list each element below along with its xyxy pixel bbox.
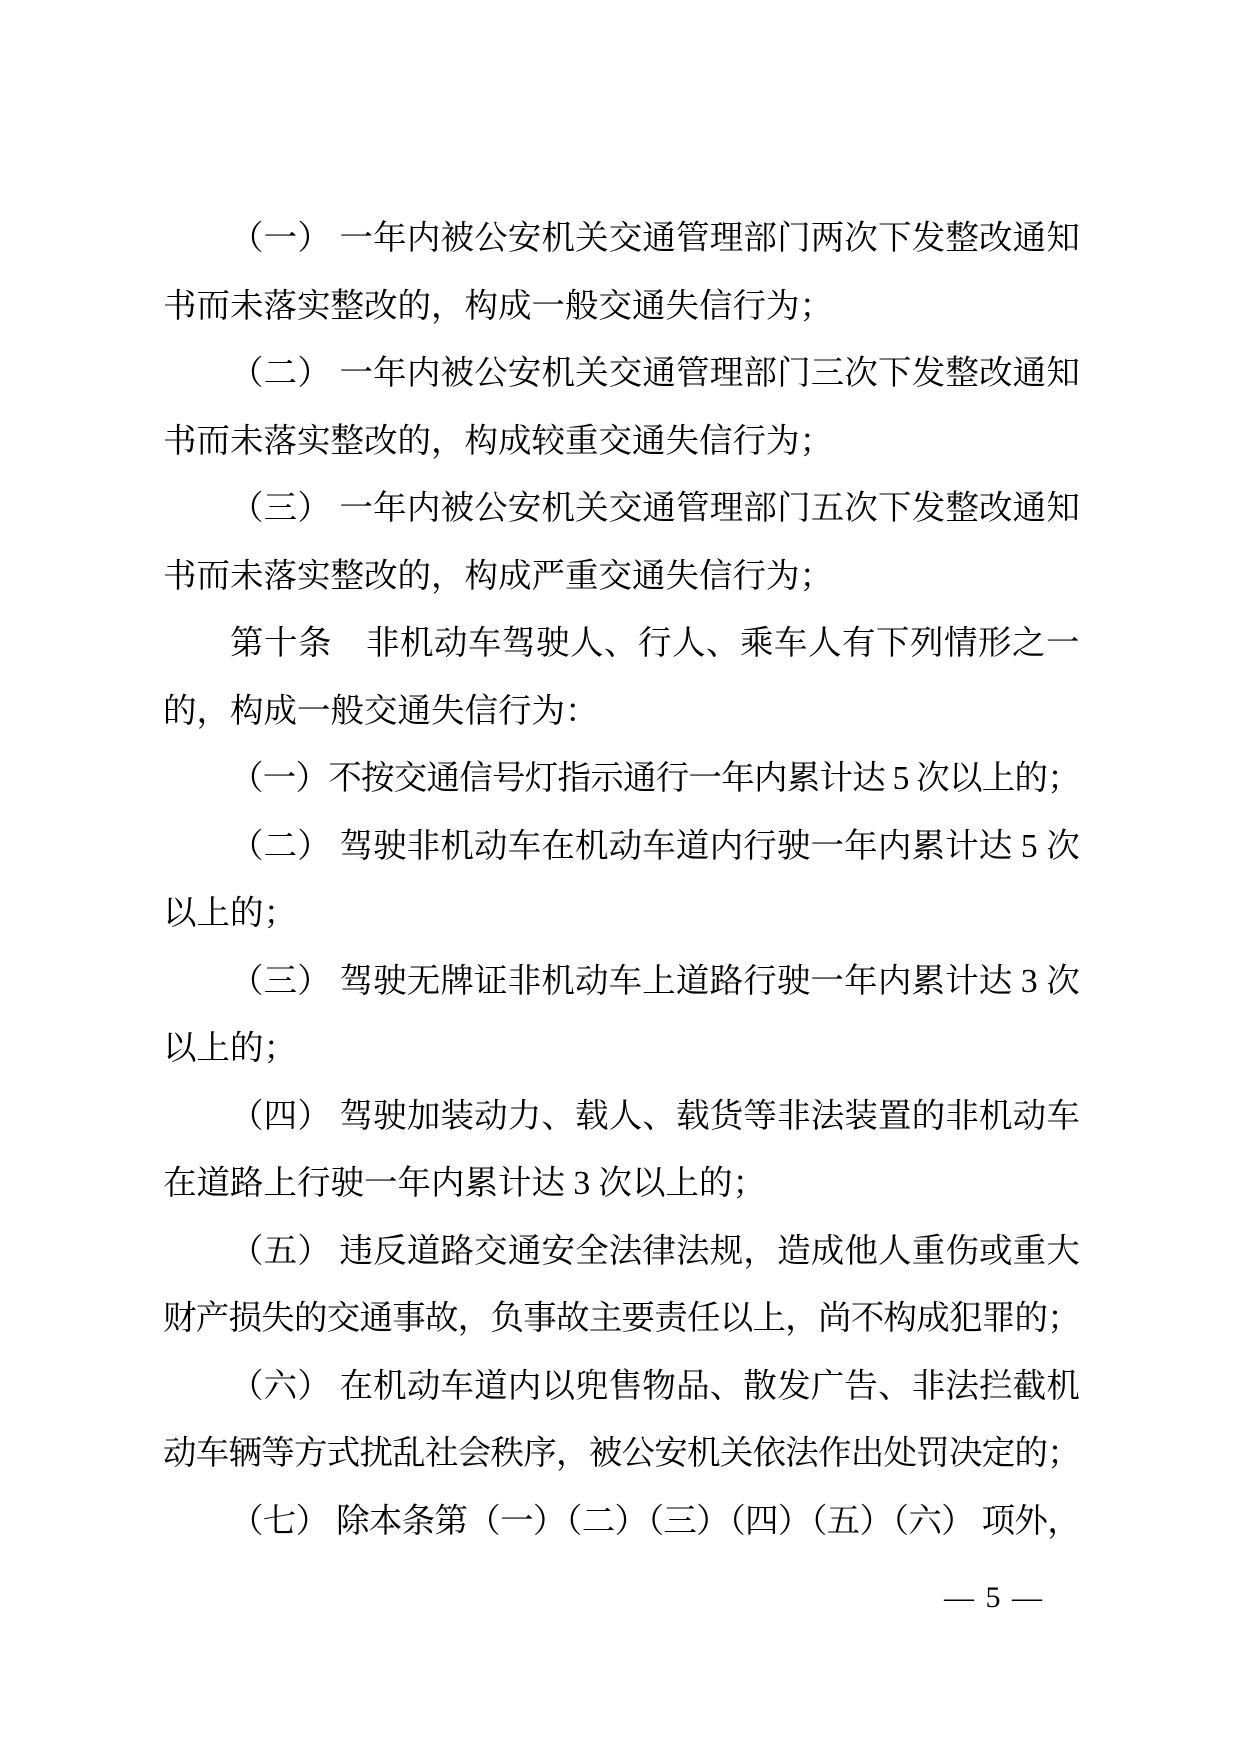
paragraph-line: 书而未落实整改的，构成一般交通失信行为；: [163, 273, 1080, 341]
text-line: 书而未落实整改的，构成一般交通失信行为；: [163, 273, 833, 341]
text-line: 第十条 非机动车驾驶人、行人、乘车人有下列情形之一: [230, 610, 1080, 678]
paragraph-line: 书而未落实整改的，构成较重交通失信行为；: [163, 408, 1080, 476]
text-line: （七） 除本条第（一）（二）（三）（四）（五）（六） 项外，: [230, 1488, 1080, 1556]
document-page: （一） 一年内被公安机关交通管理部门两次下发整改通知书而未落实整改的，构成一般交…: [0, 0, 1240, 1755]
text-line: （四） 驾驶加装动力、载人、载货等非法装置的非机动车: [230, 1083, 1080, 1151]
text-line: 的，构成一般交通失信行为：: [163, 678, 599, 746]
text-line: 以上的；: [163, 880, 297, 948]
text-line: （六） 在机动车道内以兜售物品、散发广告、非法拦截机: [230, 1353, 1080, 1421]
paragraph-line: （一） 一年内被公安机关交通管理部门两次下发整改通知: [163, 205, 1080, 273]
text-line: （一） 一年内被公安机关交通管理部门两次下发整改通知: [230, 205, 1080, 273]
paragraph-line: （一）不按交通信号灯指示通行一年内累计达 5 次以上的；: [163, 745, 1080, 813]
paragraph-line: 以上的；: [163, 880, 1080, 948]
text-line: 动车辆等方式扰乱社会秩序，被公安机关依法作出处罚决定的；: [163, 1420, 1080, 1488]
paragraph-line: 以上的；: [163, 1015, 1080, 1083]
paragraph-line: （三） 一年内被公安机关交通管理部门五次下发整改通知: [163, 475, 1080, 543]
paragraph-line: 在道路上行驶一年内累计达 3 次以上的；: [163, 1150, 1080, 1218]
text-line: 书而未落实整改的，构成较重交通失信行为；: [163, 408, 833, 476]
paragraph-line: 动车辆等方式扰乱社会秩序，被公安机关依法作出处罚决定的；: [163, 1420, 1080, 1488]
page-footer: — 5 —: [944, 1581, 1044, 1615]
paragraph-line: 第十条 非机动车驾驶人、行人、乘车人有下列情形之一: [163, 610, 1080, 678]
paragraph-line: 的，构成一般交通失信行为：: [163, 678, 1080, 746]
paragraph-line: （二） 一年内被公安机关交通管理部门三次下发整改通知: [163, 340, 1080, 408]
paragraph-line: （六） 在机动车道内以兜售物品、散发广告、非法拦截机: [163, 1353, 1080, 1421]
text-line: （三） 一年内被公安机关交通管理部门五次下发整改通知: [230, 475, 1080, 543]
text-line: （三） 驾驶无牌证非机动车上道路行驶一年内累计达 3 次: [230, 948, 1080, 1016]
paragraph-line: （七） 除本条第（一）（二）（三）（四）（五）（六） 项外，: [163, 1488, 1080, 1556]
text-line: 财产损失的交通事故，负事故主要责任以上，尚不构成犯罪的；: [163, 1285, 1080, 1353]
text-line: （二） 一年内被公安机关交通管理部门三次下发整改通知: [230, 340, 1080, 408]
text-line: （一）不按交通信号灯指示通行一年内累计达 5 次以上的；: [230, 745, 1080, 813]
text-line: 在道路上行驶一年内累计达 3 次以上的；: [163, 1150, 766, 1218]
text-line: （五） 违反道路交通安全法律法规，造成他人重伤或重大: [230, 1218, 1080, 1286]
paragraph-line: （四） 驾驶加装动力、载人、载货等非法装置的非机动车: [163, 1083, 1080, 1151]
page-number: — 5 —: [944, 1581, 1044, 1614]
paragraph-line: （五） 违反道路交通安全法律法规，造成他人重伤或重大: [163, 1218, 1080, 1286]
text-line: 以上的；: [163, 1015, 297, 1083]
paragraph-line: 财产损失的交通事故，负事故主要责任以上，尚不构成犯罪的；: [163, 1285, 1080, 1353]
paragraph-line: （二） 驾驶非机动车在机动车道内行驶一年内累计达 5 次: [163, 813, 1080, 881]
paragraph-line: （三） 驾驶无牌证非机动车上道路行驶一年内累计达 3 次: [163, 948, 1080, 1016]
document-body: （一） 一年内被公安机关交通管理部门两次下发整改通知书而未落实整改的，构成一般交…: [163, 205, 1080, 1555]
paragraph-line: 书而未落实整改的，构成严重交通失信行为；: [163, 543, 1080, 611]
text-line: 书而未落实整改的，构成严重交通失信行为；: [163, 543, 833, 611]
text-line: （二） 驾驶非机动车在机动车道内行驶一年内累计达 5 次: [230, 813, 1080, 881]
